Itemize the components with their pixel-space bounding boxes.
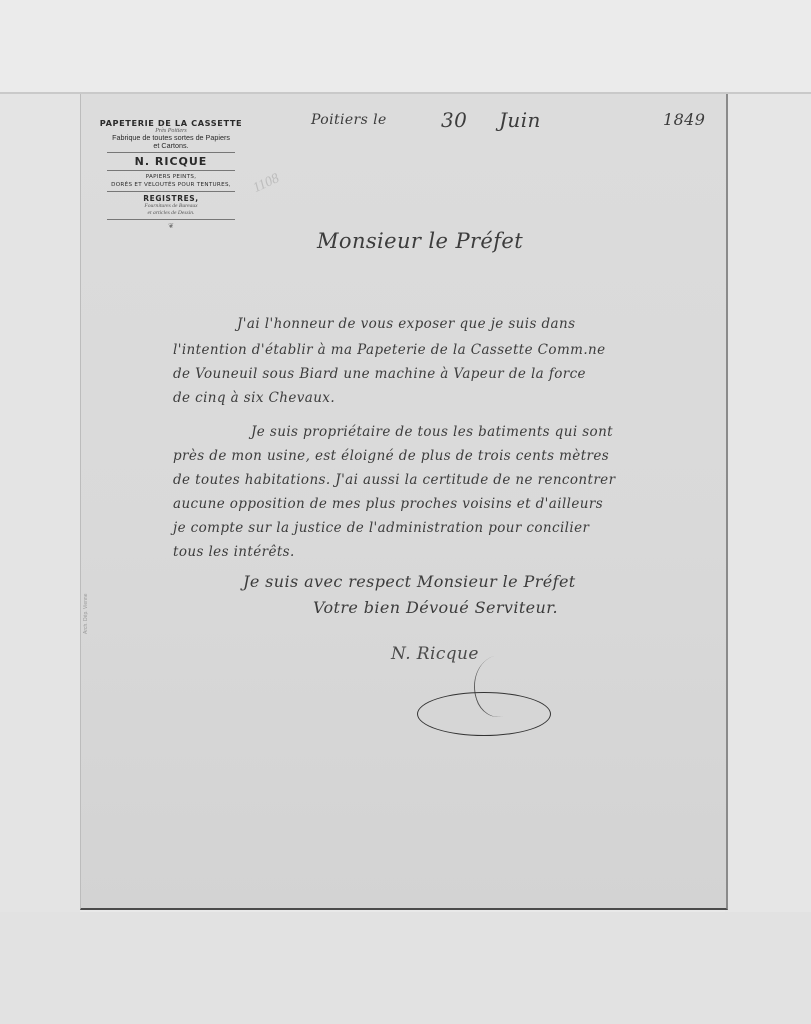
signature: N. Ricque <box>391 644 479 664</box>
body-line: Je suis propriétaire de tous les batimen… <box>251 424 613 440</box>
scan-backdrop-left <box>0 94 80 1024</box>
scan-backdrop-right <box>725 94 811 1024</box>
body-line: près de mon usine, est éloigné de plus d… <box>173 448 609 464</box>
body-line: l'intention d'établir à ma Papeterie de … <box>173 342 606 358</box>
body-line: de Vouneuil sous Biard une machine à Vap… <box>173 366 586 382</box>
letterhead-divider <box>107 170 235 171</box>
letterhead-divider <box>107 191 235 192</box>
closing-line: Votre bien Dévoué Serviteur. <box>313 598 558 617</box>
letterhead-papiers: PAPIERS PEINTS, <box>95 173 247 181</box>
letterhead: PAPETERIE DE LA CASSETTE Près Poitiers F… <box>95 118 247 230</box>
letterhead-divider <box>107 152 235 153</box>
date-place: Poitiers le <box>311 112 387 128</box>
signature-flourish-loop <box>417 692 551 736</box>
margin-archive-note: Arch. Dép. Vienne <box>83 594 89 635</box>
body-line: je compte sur la justice de l'administra… <box>173 520 589 536</box>
scan-backdrop-bottom <box>0 912 811 1024</box>
body-line: de cinq à six Chevaux. <box>173 390 335 406</box>
closing-line: Je suis avec respect Monsieur le Préfet <box>243 572 576 591</box>
body-line: aucune opposition de mes plus proches vo… <box>173 496 603 512</box>
letterhead-proprietor: N. RICQUE <box>95 155 247 168</box>
scan-backdrop-top <box>0 0 811 93</box>
letterhead-divider <box>107 219 235 220</box>
pencil-annotation: 1108 <box>251 171 282 197</box>
letter-page: PAPETERIE DE LA CASSETTE Près Poitiers F… <box>80 94 728 910</box>
letterhead-fournitures: Fournitures de Bureaux <box>95 203 247 210</box>
body-line: J'ai l'honneur de vous exposer que je su… <box>237 316 575 332</box>
salutation: Monsieur le Préfet <box>317 229 523 253</box>
letterhead-company: PAPETERIE DE LA CASSETTE <box>95 118 247 128</box>
body-line: tous les intérêts. <box>173 544 295 560</box>
letterhead-articles: et articles de Dessin. <box>95 210 247 217</box>
letterhead-registres: REGISTRES, <box>95 194 247 203</box>
letterhead-fabrique-line2: et Cartons. <box>95 142 247 150</box>
letterhead-ornament-icon: ❦ <box>95 222 247 230</box>
date-year: 1849 <box>663 110 705 129</box>
date-month: Juin <box>499 108 541 132</box>
date-day: 30 <box>441 108 467 132</box>
letterhead-dores: DORÉS ET VELOUTÉS POUR TENTURES, <box>95 181 247 189</box>
body-line: de toutes habitations. J'ai aussi la cer… <box>173 472 615 488</box>
